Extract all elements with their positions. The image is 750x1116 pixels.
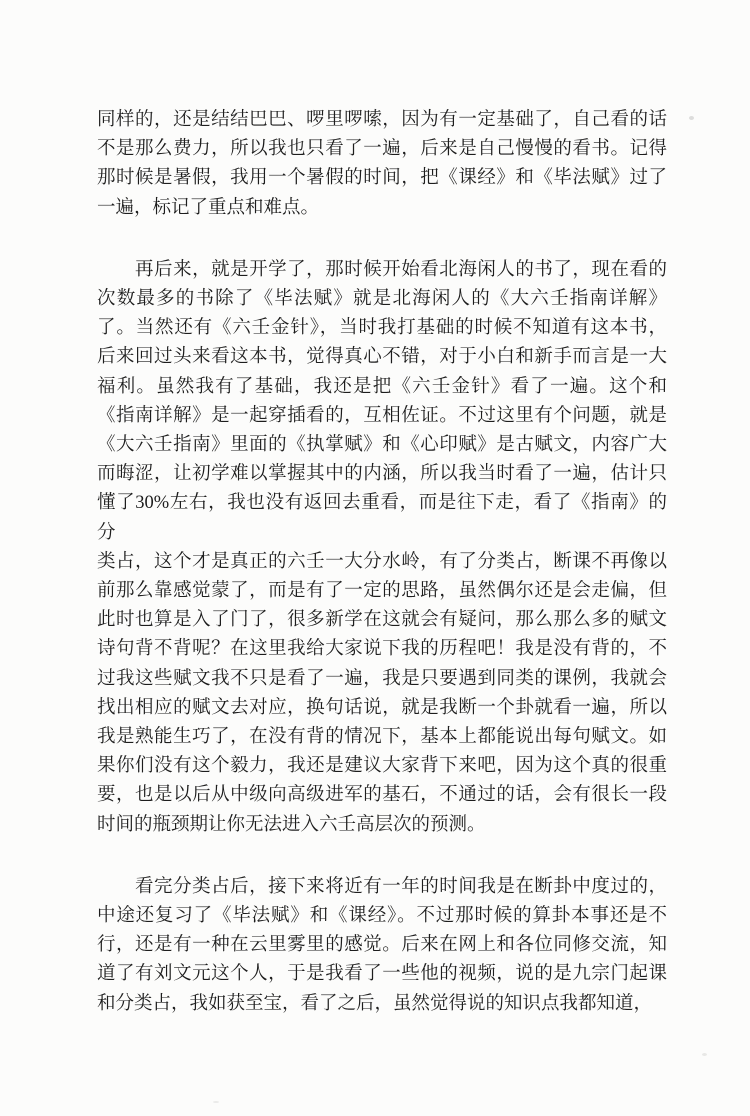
text-line: 此时也算是入了门了，很多新学在这就会有疑问，那么那么多的赋文 <box>97 606 667 635</box>
text-line: 果你们没有这个毅力，我还是建议大家背下来吧，因为这个真的很重 <box>97 752 667 781</box>
text-line: 那时候是暑假，我用一个暑假的时间，把《课经》和《毕法赋》过了 <box>97 164 667 193</box>
text-line: 中途还复习了《毕法赋》和《课经》。不过那时候的算卦本事还是不 <box>97 902 667 931</box>
text-line: 再后来，就是开学了，那时候开始看北海闲人的书了，现在看的 <box>97 256 667 285</box>
text-line: 了。当然还有《六壬金针》，当时我打基础的时候不知道有这本书， <box>97 314 667 343</box>
text-line: 懂了30%左右，我也没有返回去重看，而是往下走，看了《指南》的分 <box>97 489 667 547</box>
scan-speck <box>632 150 639 153</box>
text-line: 找出相应的赋文去对应，换句话说，就是我断一个卦就看一遍，所以 <box>97 694 667 723</box>
text-block: 同样的，还是结结巴巴、啰里啰嗦，因为有一定基础了，自己看的话不是那么费力，所以我… <box>97 106 667 1019</box>
text-line: 前那么靠感觉蒙了，而是有了一定的思路，虽然偶尔还是会走偏，但 <box>97 577 667 606</box>
text-line: 类占，这个才是真正的六壬一大分水岭，有了分类占，断课不再像以 <box>97 548 667 577</box>
scanned-page: 同样的，还是结结巴巴、啰里啰嗦，因为有一定基础了，自己看的话不是那么费力，所以我… <box>0 0 750 1116</box>
text-line: 而晦涩，让初学难以掌握其中的内涵，所以我当时看了一遍，估计只 <box>97 460 667 489</box>
text-line: 一遍，标记了重点和难点。 <box>97 194 667 223</box>
text-line: 《大六壬指南》里面的《执掌赋》和《心印赋》是古赋文，内容广大 <box>97 431 667 460</box>
text-line: 同样的，还是结结巴巴、啰里啰嗦，因为有一定基础了，自己看的话 <box>97 106 667 135</box>
text-line: 诗句背不背呢？在这里我给大家说下我的历程吧！我是没有背的，不 <box>97 635 667 664</box>
text-line: 不是那么费力，所以我也只看了一遍，后来是自己慢慢的看书。记得 <box>97 135 667 164</box>
paragraph-1: 同样的，还是结结巴巴、啰里啰嗦，因为有一定基础了，自己看的话不是那么费力，所以我… <box>97 106 667 223</box>
paragraph-2: 再后来，就是开学了，那时候开始看北海闲人的书了，现在看的次数最多的书除了《毕法赋… <box>97 256 667 840</box>
text-line: 和分类占，我如获至宝，看了之后，虽然觉得说的知识点我都知道， <box>97 990 667 1019</box>
text-line: 《指南详解》是一起穿插看的，互相佐证。不过这里有个问题，就是 <box>97 402 667 431</box>
text-line: 过我这些赋文我不只是看了一遍，我是只要遇到同类的课例，我就会 <box>97 665 667 694</box>
text-line: 次数最多的书除了《毕法赋》就是北海闲人的《大六壬指南详解》 <box>97 285 667 314</box>
text-line: 福利。虽然我有了基础，我还是把《六壬金针》看了一遍。这个和 <box>97 373 667 402</box>
text-line: 看完分类占后，接下来将近有一年的时间我是在断卦中度过的， <box>97 873 667 902</box>
scan-speck <box>213 1101 219 1103</box>
text-line: 行，还是有一种在云里雾里的感觉。后来在网上和各位同修交流，知 <box>97 931 667 960</box>
scan-speck <box>702 1053 707 1056</box>
paragraph-3: 看完分类占后，接下来将近有一年的时间我是在断卦中度过的，中途还复习了《毕法赋》和… <box>97 873 667 1019</box>
text-line: 后来回过头来看这本书，觉得真心不错，对于小白和新手而言是一大 <box>97 343 667 372</box>
text-line: 要，也是以后从中级向高级进军的基石，不通过的话，会有很长一段 <box>97 781 667 810</box>
scan-speck <box>689 116 694 120</box>
text-line: 我是熟能生巧了，在没有背的情况下，基本上都能说出每句赋文。如 <box>97 723 667 752</box>
text-line: 道了有刘文元这个人，于是我看了一些他的视频，说的是九宗门起课 <box>97 960 667 989</box>
text-line: 时间的瓶颈期让你无法进入六壬高层次的预测。 <box>97 811 667 840</box>
scan-speck <box>325 297 329 300</box>
